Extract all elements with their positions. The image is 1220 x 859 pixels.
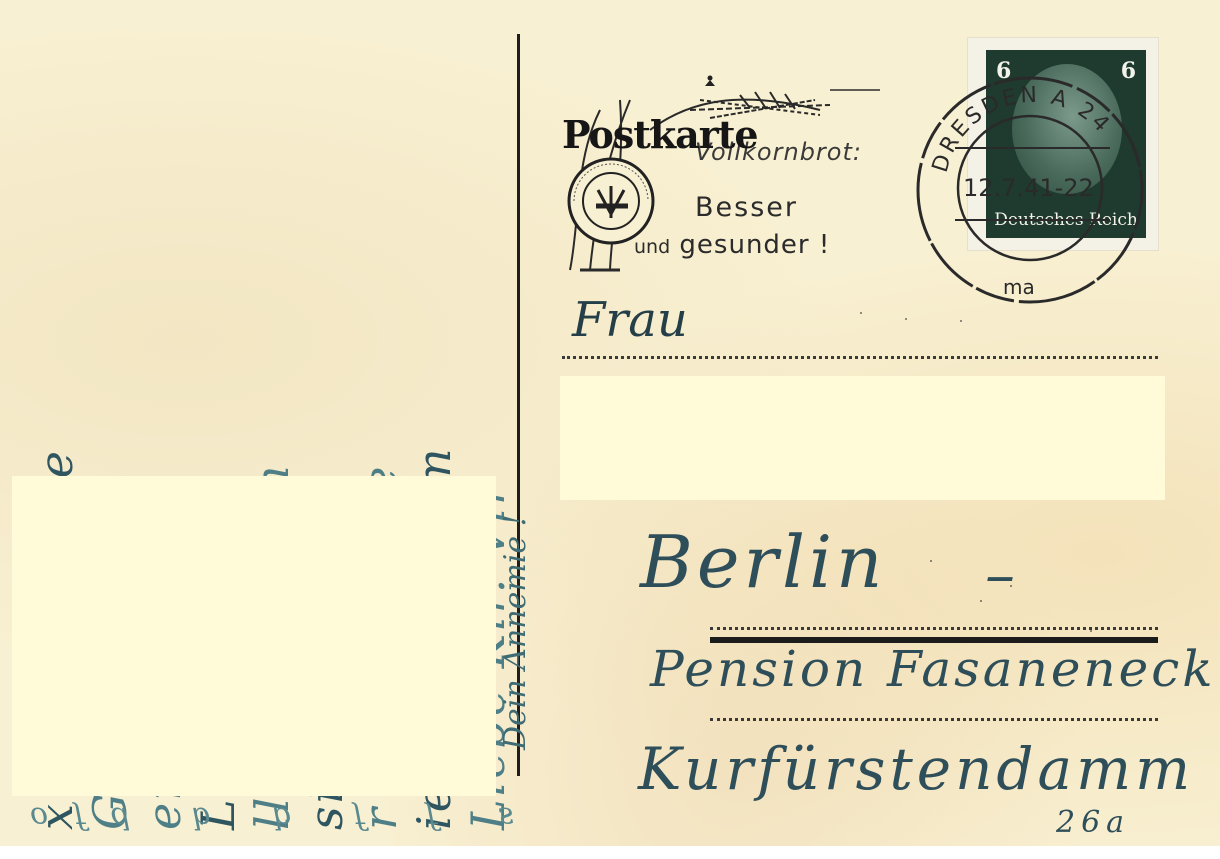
ink-speck — [860, 312, 862, 314]
postage-stamp: 6 6 Deutsches Reich — [986, 50, 1146, 238]
stamp-value-right: 6 — [1121, 58, 1136, 84]
slogan-line-3-main: gesunder ! — [679, 230, 830, 260]
address-street: Kurfürstendamm — [638, 735, 1194, 803]
ink-speck — [905, 318, 907, 320]
slogan-line-3-und: und — [634, 236, 670, 258]
ink-speck — [960, 320, 962, 322]
address-city: Berlin — [640, 520, 886, 604]
ink-speck — [930, 560, 932, 562]
redaction-block-message — [12, 476, 496, 796]
portrait-medallion-icon — [1012, 64, 1122, 194]
ink-speck — [980, 600, 982, 602]
stamp-country-label: Deutsches Reich — [986, 210, 1146, 230]
address-dotted-line-3 — [710, 718, 1158, 721]
address-salutation: Frau — [572, 292, 688, 348]
handwritten-message: Liebe Kir. Vir ie comensacim r nehme fas… — [0, 0, 520, 852]
message-bottom-fragment: ofd b b f f s f — [30, 795, 520, 835]
postcard: Liebe Kir. Vir ie comensacim r nehme fas… — [0, 0, 1220, 852]
postmark-code: ma — [1003, 275, 1035, 299]
stamp-value-left: 6 — [996, 58, 1011, 84]
ink-speck — [1090, 630, 1092, 632]
address-pension: Pension Fasaneneck — [650, 640, 1216, 698]
slogan-line-2: Besser — [695, 192, 798, 223]
slogan-cancellation: Vollkornbrot: Besser und gesunder ! — [550, 70, 890, 280]
address-city-dash: – — [985, 540, 1015, 610]
redaction-block-address — [560, 376, 1165, 500]
ink-speck — [1010, 585, 1012, 587]
address-house-number: 26a — [1056, 805, 1130, 840]
address-dotted-line-1 — [562, 356, 1158, 359]
scan-margin — [0, 846, 1220, 859]
divider-signature: Dein Annemie ! — [498, 514, 533, 750]
postcard-heading: Postkarte — [562, 112, 758, 157]
slogan-line-3: und gesunder ! — [634, 230, 830, 260]
